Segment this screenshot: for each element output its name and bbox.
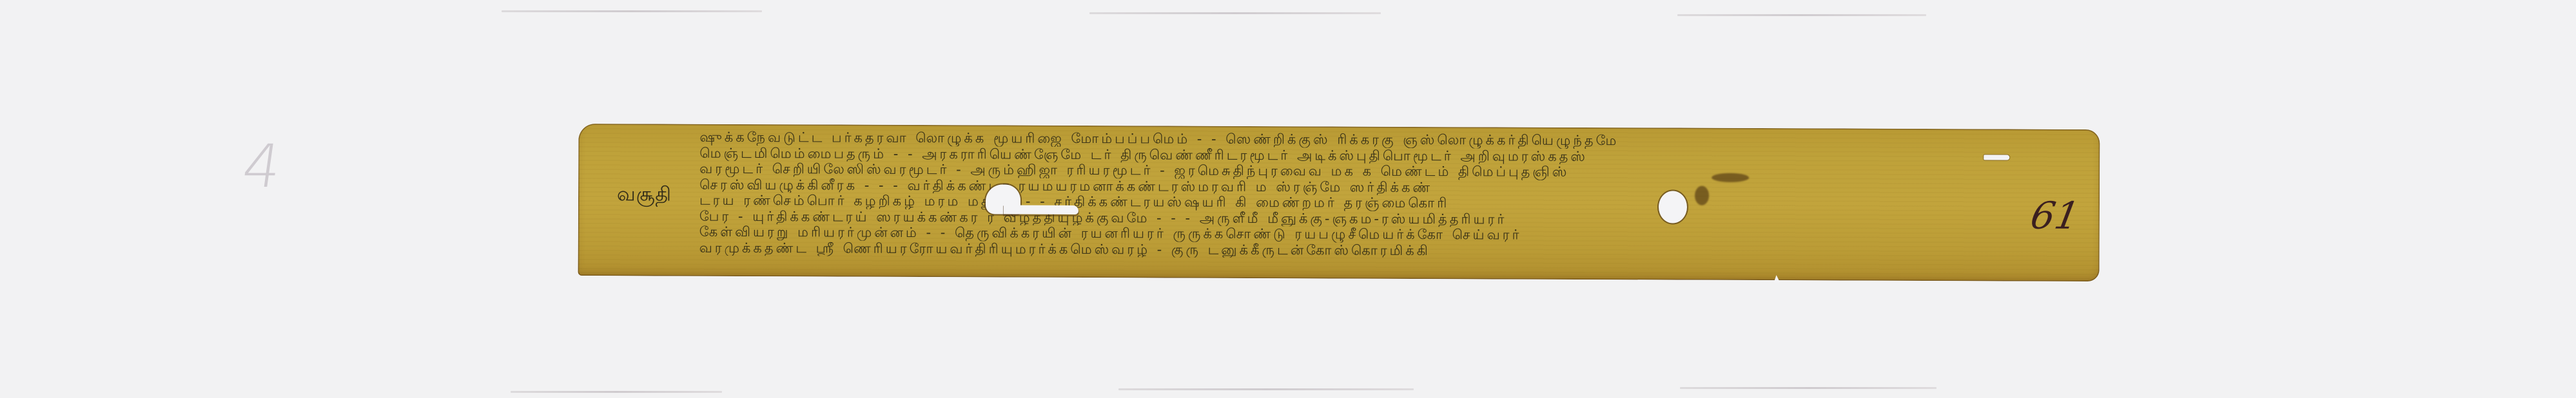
bottom-scale-mark-1 <box>511 391 722 393</box>
edge-tear <box>1984 155 2009 160</box>
pencil-page-number: 4 <box>238 132 286 201</box>
ink-stain <box>1695 186 1709 205</box>
ink-stain <box>1712 173 1749 182</box>
margin-label: வசூதி <box>617 183 672 208</box>
edge-notch <box>1774 275 1781 283</box>
bottom-scale-mark-3 <box>1680 387 1937 389</box>
bottom-scale-mark-2 <box>1118 388 1414 390</box>
manuscript-text-block: ஷுக்கநேவடுட்ட பர்கதரவா லொழுக்க மூயரிஜை ம… <box>699 129 1976 261</box>
top-scale-mark-2 <box>1089 12 1381 14</box>
binding-hole-right <box>1659 191 1687 223</box>
binding-hole-left-tear <box>1004 205 1078 214</box>
top-scale-mark-1 <box>502 10 762 12</box>
top-scale-mark-3 <box>1677 14 1926 16</box>
palm-leaf-manuscript: வசூதி ஷுக்கநேவடுட்ட பர்கதரவா லொழுக்க மூய… <box>578 124 2100 281</box>
folio-number: 61 <box>2027 194 2083 238</box>
